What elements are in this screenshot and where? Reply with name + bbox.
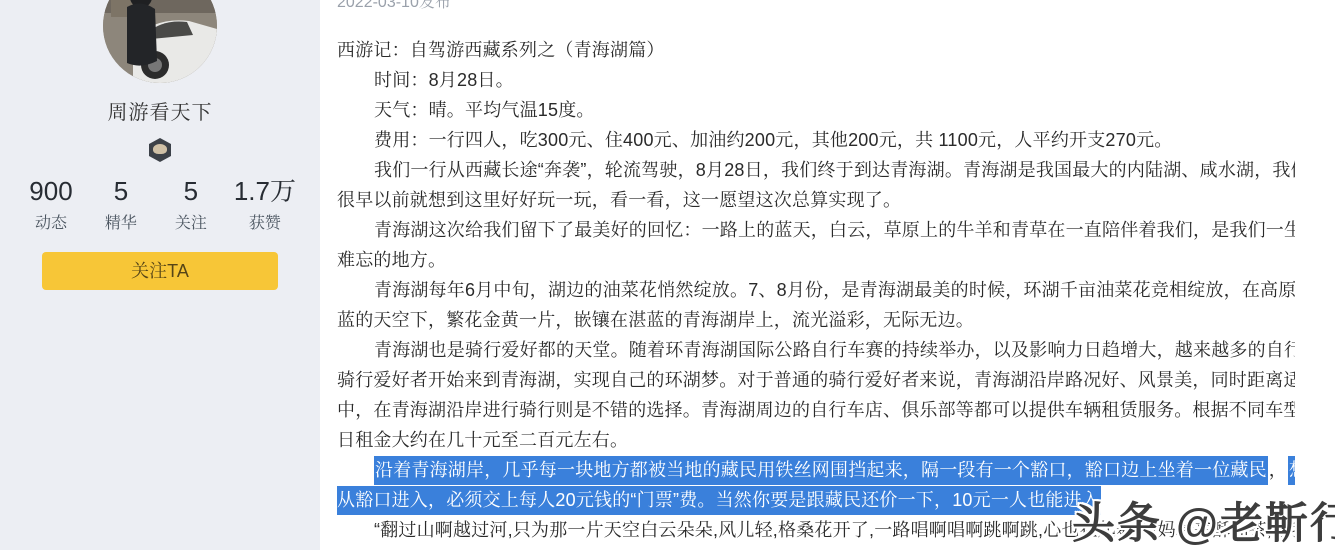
article-line: 骑行爱好者开始来到青海湖，实现自己的环湖梦。对于普通的骑行爱好者来说，青海湖沿岸… bbox=[337, 365, 1295, 395]
article-line: 我们一行从西藏长途“奔袭”，轮流驾驶，8月28日，我们终于到达青海湖。青海湖是我… bbox=[337, 155, 1295, 185]
article-line: 很早以前就想到这里好好玩一玩，看一看，这一愿望这次总算实现了。 bbox=[337, 185, 1295, 215]
article-line: 中，在青海湖沿岸进行骑行则是不错的选择。青海湖周边的自行车店、俱乐部等都可以提供… bbox=[337, 395, 1295, 425]
toutiao-watermark: 头条 @老靳行色 bbox=[1072, 490, 1335, 550]
profile-username[interactable]: 周游看天下 bbox=[0, 96, 320, 125]
avatar-image bbox=[103, 0, 217, 83]
stat-dongtai: 900 动态 bbox=[24, 176, 78, 233]
selected-text: 从豁口进入，必须交上每人20元钱的“门票”费。当然你要是跟藏民还价一下，10元一… bbox=[337, 486, 1101, 515]
follow-button[interactable]: 关注TA bbox=[42, 252, 278, 290]
stat-guanzhu: 5 关注 bbox=[164, 176, 218, 233]
unselected-comma: ， bbox=[1268, 460, 1288, 480]
article-line: 蓝的天空下，繁花金黄一片，嵌镶在湛蓝的青海湖岸上，流光溢彩，无际无边。 bbox=[337, 305, 1295, 335]
selected-text: 沿着青海湖岸，几乎每一块地方都被当地的藏民用铁丝网围挡起来，隔一段有一个豁口，豁… bbox=[374, 456, 1268, 485]
stat-label: 动态 bbox=[24, 210, 78, 233]
stat-value: 5 bbox=[94, 176, 148, 206]
page: 周游看天下 900 动态 5 精华 5 关注 1.7万 获赞 关注TA bbox=[0, 0, 1335, 550]
creator-medal-icon bbox=[149, 138, 171, 162]
stat-huozan: 1.7万 获赞 bbox=[234, 176, 296, 233]
article-line: 难忘的地方。 bbox=[337, 245, 1295, 275]
article-line: 时间：8月28日。 bbox=[337, 65, 1295, 95]
article-title: 西游记：自驾游西藏系列之（青海湖篇） bbox=[337, 35, 1295, 65]
article-line: 青海湖这次给我们留下了最美好的回忆：一路上的蓝天，白云，草原上的牛羊和青草在一直… bbox=[337, 215, 1295, 245]
profile-sidebar: 周游看天下 900 动态 5 精华 5 关注 1.7万 获赞 关注TA bbox=[0, 0, 320, 550]
stat-label: 关注 bbox=[164, 210, 218, 233]
article-content: 2022-03-10发布 西游记：自驾游西藏系列之（青海湖篇） 时间：8月28日… bbox=[337, 0, 1295, 545]
stat-jinghua: 5 精华 bbox=[94, 176, 148, 233]
stat-label: 获赞 bbox=[234, 210, 296, 233]
selected-text: 想要 bbox=[1288, 456, 1295, 485]
article-line: 青海湖每年6月中旬，湖边的油菜花悄然绽放。7、8月份，是青海湖最美的时候，环湖千… bbox=[337, 275, 1295, 305]
article-line: 天气：晴。平均气温15度。 bbox=[337, 95, 1295, 125]
stat-value: 5 bbox=[164, 176, 218, 206]
stat-label: 精华 bbox=[94, 210, 148, 233]
publish-date: 2022-03-10发布 bbox=[337, 0, 1295, 18]
avatar[interactable] bbox=[103, 0, 217, 83]
highlighted-line-1: 沿着青海湖岸，几乎每一块地方都被当地的藏民用铁丝网围挡起来，隔一段有一个豁口，豁… bbox=[337, 455, 1295, 485]
article-line: 费用：一行四人，吃300元、住400元、加油约200元，其他200元，共 110… bbox=[337, 125, 1295, 155]
stat-value: 900 bbox=[24, 176, 78, 206]
article-line: 青海湖也是骑行爱好都的天堂。随着环青海湖国际公路自行车赛的持续举办，以及影响力日… bbox=[337, 335, 1295, 365]
stat-value: 1.7万 bbox=[234, 176, 296, 206]
profile-stats: 900 动态 5 精华 5 关注 1.7万 获赞 bbox=[0, 176, 320, 233]
article-line: 日租金大约在几十元至二百元左右。 bbox=[337, 425, 1295, 455]
